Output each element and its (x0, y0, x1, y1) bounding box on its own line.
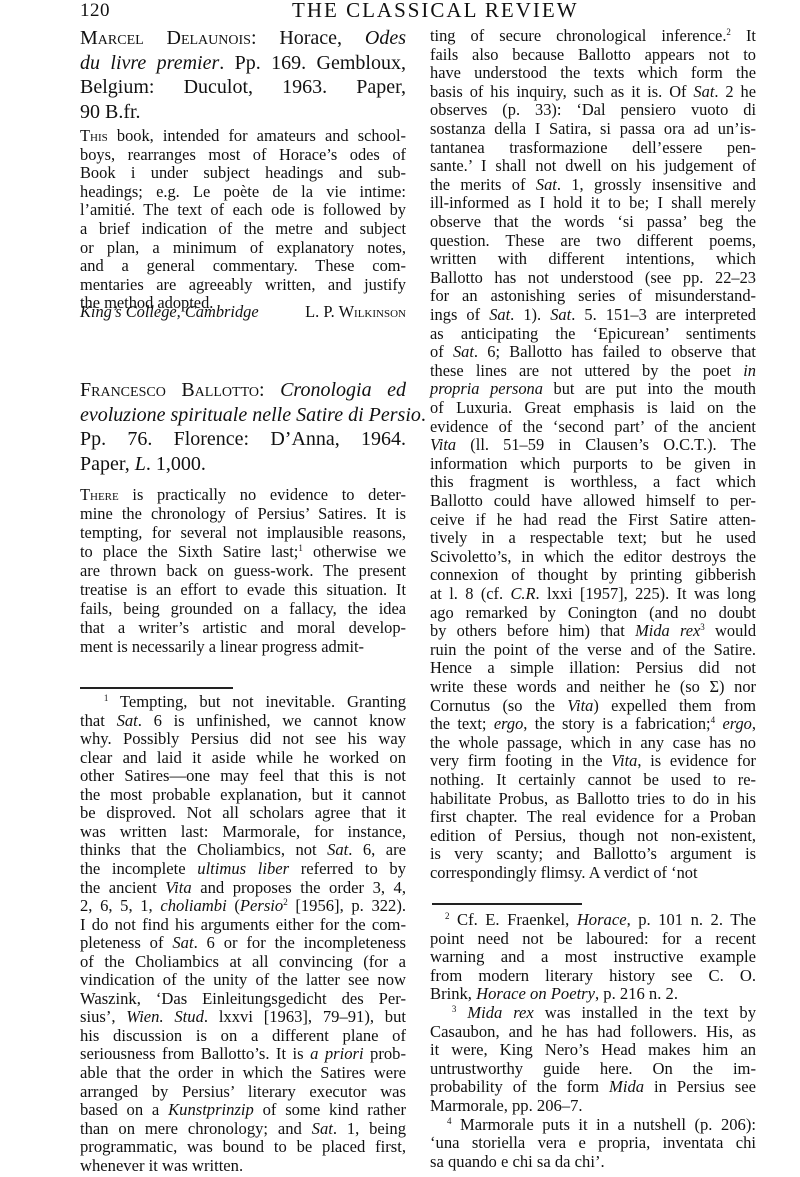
text-line: ruin the point of the verse and of the S… (430, 640, 756, 659)
text-line: ceive if he had read the First Satire at… (430, 510, 756, 529)
text-line: arranged by Persius’ literary executor w… (80, 1082, 406, 1101)
text-line: 1 Tempting, but not inevitable. Granting (80, 692, 406, 711)
text-line: mine the chronology of Persius’ Satires.… (80, 504, 406, 523)
text-line: clear and laid it aside while he worked … (80, 748, 406, 767)
text-line: headings; e.g. Le poète de la vie intime… (80, 182, 406, 201)
text-line: 4 Marmorale puts it in a nutshell (p. 20… (430, 1115, 756, 1134)
text-line: the merits of Sat. 1, grossly insensitiv… (430, 175, 756, 194)
text-line: by others before him) that Mida rex3 wou… (430, 621, 756, 640)
text-line: as anticipating the ‘Epicurean’ sentimen… (430, 324, 756, 343)
text-line: ill-informed as I hold it to be; I shall… (430, 193, 756, 212)
text-line: the incomplete ultimus liber referred to… (80, 859, 406, 878)
text-line: than on mere chronology; and Sat. 1, bei… (80, 1119, 406, 1138)
text-line: be disproved. Not all scholars agree tha… (80, 803, 406, 822)
text-line: tempting, for several not implausible re… (80, 523, 406, 542)
text-line: is very scanty; and Ballotto’s argument … (430, 844, 756, 863)
text-line: Brink, Horace on Poetry, p. 216 n. 2. (430, 984, 756, 1003)
text-line: the ancient Vita and proposes the order … (80, 878, 406, 897)
text-line: whenever it was written. (80, 1156, 406, 1175)
text-line: Francesco Ballotto: Cronologia ed (80, 378, 406, 402)
text-line: from modern literary history see C. O. (430, 966, 756, 985)
text-line: why. Possibly Persius did not see his wa… (80, 729, 406, 748)
text-line: sius’, Wien. Stud. lxxvi [1963], 79–91),… (80, 1007, 406, 1026)
text-line: Scivoletto’s, in which the editor destro… (430, 547, 756, 566)
text-line: for an astonishing series of misundersta… (430, 286, 756, 305)
text-line: have understood the texts which form the (430, 63, 756, 82)
text-line: Book i under subject headings and sub- (80, 163, 406, 182)
text-line: Ballotto has not understood (see pp. 22–… (430, 268, 756, 287)
text-line: sante.’ I shall not dwell on his judgeme… (430, 156, 756, 175)
text-line: probability of the form Mida in Persius … (430, 1077, 756, 1096)
text-line: sa quando e chi sa da chi’. (430, 1152, 756, 1171)
text-line: connexion of thought by printing gibberi… (430, 565, 756, 584)
text-line: ‘una storiella vera e propria, inventata… (430, 1133, 756, 1152)
text-line: very firm footing in the Vita, is eviden… (430, 751, 756, 770)
page-number: 120 (80, 0, 110, 22)
text-line: I do not find his arguments either for t… (80, 915, 406, 934)
text-line: Marcel Delaunois: Horace, Odes (80, 26, 406, 50)
text-line: ago remarked by Conington (and no doubt (430, 603, 756, 622)
text-line: to place the Sixth Satire last;1 otherwi… (80, 542, 406, 561)
text-line: Ballotto could have allowed himself to p… (430, 491, 756, 510)
journal-title: THE CLASSICAL REVIEW (292, 0, 579, 23)
text-line: written with different intentions, which (430, 249, 756, 268)
text-line: programmatic, was bound to be placed fir… (80, 1137, 406, 1156)
text-line: Cornutus (so the Vita) expelled them fro… (430, 696, 756, 715)
running-head: 120 THE CLASSICAL REVIEW (80, 0, 800, 24)
text-line: Vita (ll. 51–59 in Clausen’s O.C.T.). Th… (430, 435, 756, 454)
text-line: of the Choliambics at all convincing (fo… (80, 952, 406, 971)
reviewer-name: L. P. Wilkinson (305, 302, 406, 322)
text-line: of Sat. 6; Ballotto has failed to observ… (430, 342, 756, 361)
text-line: was written last: Marmorale, for instanc… (80, 822, 406, 841)
text-line: mentaries are agreeably written, and jus… (80, 275, 406, 294)
text-line: observes (p. 33): ‘Dal pensiero vuoto di (430, 100, 756, 119)
text-line: fails also because Ballotto appears not … (430, 45, 756, 64)
text-line: evidence of the ‘second part’ of the anc… (430, 417, 756, 436)
text-line: able that the order in which the Satires… (80, 1063, 406, 1082)
text-line: or plan, a minimum of explanatory notes, (80, 238, 406, 257)
text-line: observe that the words ‘si passa’ beg th… (430, 212, 756, 231)
text-line: Belgium: Duculot, 1963. Paper, (80, 75, 406, 99)
text-line: question. These are two different poems, (430, 231, 756, 250)
text-line: Paper, L. 1,000. (80, 452, 406, 476)
text-line: these lines are not uttered by the poet … (430, 361, 756, 380)
text-line: evoluzione spirituale nelle Satire di Pe… (80, 403, 406, 427)
text-line: This book, intended for amateurs and sch… (80, 126, 406, 145)
text-line: tantanea trasformazione dell’essere pen- (430, 138, 756, 157)
text-line: the whole passage, which in any case has… (430, 733, 756, 752)
text-line: that a writer’s artistic and moral devel… (80, 618, 406, 637)
text-line: warning and a most instructive example (430, 947, 756, 966)
text-line: seriousness from Ballotto’s. It is a pri… (80, 1044, 406, 1063)
text-line: l’amitié. The text of each ode is follow… (80, 200, 406, 219)
text-line: boys, rearranges most of Horace’s odes o… (80, 145, 406, 164)
text-line: 90 B.fr. (80, 100, 406, 124)
text-line: Marmorale, pp. 206–7. (430, 1096, 756, 1115)
text-line: ment is necessarily a linear progress ad… (80, 637, 406, 656)
text-line: untrustworthy guide here. On the im- (430, 1059, 756, 1078)
text-line: based on a Kunstprinzip of some kind rat… (80, 1100, 406, 1119)
text-line: of Luxuria. Great emphasis is laid on th… (430, 398, 756, 417)
footnote-rule (432, 903, 582, 905)
text-line: thinks that the Choliambics, not Sat. 6,… (80, 840, 406, 859)
text-line: 2 Cf. E. Fraenkel, Horace, p. 101 n. 2. … (430, 910, 756, 929)
text-line: ting of secure chronological inference.2… (430, 26, 756, 45)
text-line: edition of Persius, though not non-exist… (430, 826, 756, 845)
text-line: Waszink, ‘Das Einleitungsgedicht des Per… (80, 989, 406, 1008)
text-line: nothing. It certainly cannot be used to … (430, 770, 756, 789)
text-line: sostanza della I Satira, si passa ora ad… (430, 119, 756, 138)
text-line: information which purports to be given i… (430, 454, 756, 473)
text-line: point need not be laboured: for a recent (430, 929, 756, 948)
reviewer-affiliation: King’s College, Cambridge (80, 302, 259, 322)
text-line: pleteness of Sat. 6 or for the incomplet… (80, 933, 406, 952)
text-line: and a general commentary. These com- (80, 256, 406, 275)
text-line: it were, King Nero’s Head makes him an (430, 1040, 756, 1059)
text-line: basis of his inquiry, such as it is. Of … (430, 82, 756, 101)
text-line: 2, 6, 5, 1, choliambi (Persio2 [1956], p… (80, 896, 406, 915)
text-line: tively in a respectable text; but he use… (430, 528, 756, 547)
text-line: treatise is an effort to evade this situ… (80, 580, 406, 599)
text-line: There is practically no evidence to dete… (80, 485, 406, 504)
text-line: other Satires—one may feel that this is … (80, 766, 406, 785)
text-line: correspondingly flimsy. A verdict of ‘no… (430, 863, 756, 882)
text-line: are thrown back on guess-work. The prese… (80, 561, 406, 580)
text-line: the most probable explanation, but it ca… (80, 785, 406, 804)
text-line: first chapter. The real evidence for a P… (430, 807, 756, 826)
text-line: a brief indication of the metre and subj… (80, 219, 406, 238)
text-line: ings of Sat. 1). Sat. 5. 151–3 are inter… (430, 305, 756, 324)
text-line: vindication of the unity of the latter s… (80, 970, 406, 989)
text-line: his discussion is on a different plane o… (80, 1026, 406, 1045)
text-line: Pp. 76. Florence: D’Anna, 1964. (80, 427, 406, 451)
text-line: Hence a simple illation: Persius did not (430, 658, 756, 677)
text-line: this fragment is worthless, a fact which (430, 472, 756, 491)
text-line: habilitate Probus, as Ballotto tries to … (430, 789, 756, 808)
text-line: that Sat. 6 is unfinished, we cannot kno… (80, 711, 406, 730)
text-line: fails, being grounded on a fallacy, the … (80, 599, 406, 618)
text-line: 3 Mida rex was installed in the text by (430, 1003, 756, 1022)
text-line: Casaubon, and he has had followers. His,… (430, 1022, 756, 1041)
text-line: the text; ergo, the story is a fabricati… (430, 714, 756, 733)
text-line: write these words and neither he (so Σ) … (430, 677, 756, 696)
footnote-rule (80, 687, 233, 689)
text-line: at l. 8 (cf. C.R. lxxi [1957], 225). It … (430, 584, 756, 603)
text-line: propria persona but are put into the mou… (430, 379, 756, 398)
text-line: du livre premier. Pp. 169. Gembloux, (80, 51, 406, 75)
